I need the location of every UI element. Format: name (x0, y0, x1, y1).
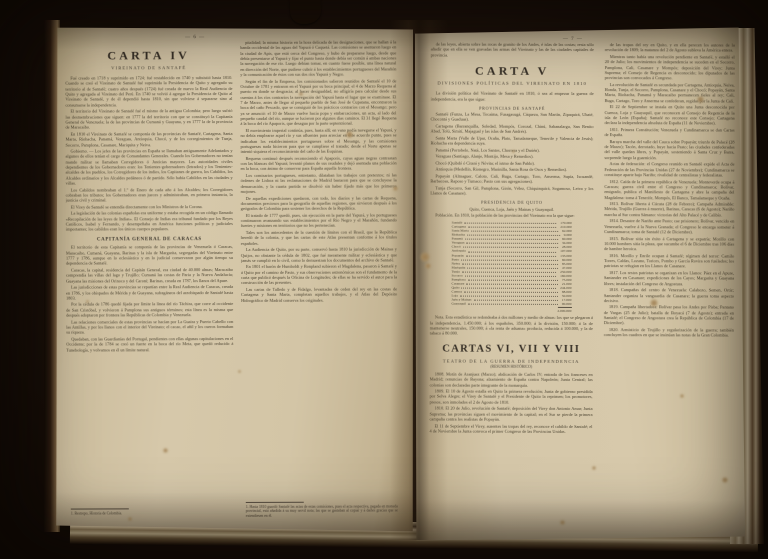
paragraph: Las relaciones comerciales de estas prov… (66, 319, 233, 336)
paragraph: Antioquia (Medellín, Rionegro, Marinilla… (430, 167, 593, 173)
text-block: El territorio de esta Capitanía se compo… (66, 244, 234, 506)
chronology-block: 1808. Motín de Aranjuez (Marzo); abdicac… (429, 371, 593, 530)
cartas-vi-vii-viii-title: CARTAS VI, VII Y VIII (430, 342, 593, 356)
paragraph: De aquellas expediciones quedaron, con t… (241, 195, 397, 212)
paragraph: La legislación de las colonias españolas… (66, 210, 233, 232)
page-number-left: — 6 — (185, 35, 205, 40)
left-page-column-2: pitalidad; la misma historia en la hora … (240, 39, 398, 518)
paragraph: Quedaban, con las Guardianías del Portug… (66, 336, 233, 353)
footnote: 1. Restrepo, Historia de Colombia. (67, 506, 234, 516)
footnote: 1. Hasta 1810 guardó Santafé las actas d… (242, 499, 398, 518)
paragraph: Tunja (Socorro, San Gil, Pamplona, Girón… (430, 185, 593, 196)
capitania-general-heading: CAPITANÍA GENERAL DE CARACAS (66, 237, 233, 243)
paragraph: de las leyes, abierta sobre las rocas de… (431, 41, 594, 58)
paragraph: Gobierno. — Los jefes de las provincias … (66, 148, 233, 186)
paragraph: 1808. Motín de Aranjuez (Marzo); abdicac… (430, 371, 593, 388)
right-page: — 7 — de las leyes, abierta sobre las ro… (413, 26, 747, 541)
paragraph: 1814. Desastre de Nariño ante Pasto; cae… (604, 218, 734, 234)
table-total-row: 2.000.000 (451, 307, 571, 313)
footnote-rule (71, 508, 129, 509)
paragraph: El territorio de esta Capitanía se compo… (66, 244, 233, 266)
paragraph: El 11 de Septiembre el Virey, ausentes l… (429, 423, 592, 434)
paragraph: El tratado de 1777 quedó, pues, sin ejec… (241, 212, 397, 229)
paragraph: Popayán (Almaguer, Caloto, Cali, Buga, C… (430, 173, 593, 184)
footnote-rule (246, 502, 304, 503)
population-table: Santafé170.000Cartagena210.000Santa Mart… (451, 221, 571, 313)
resumen-historico-note: (RESUMEN HISTÓRICO) (430, 364, 593, 369)
paragraph: Tales son los antecedentes de la cuestió… (241, 229, 397, 246)
paragraph: 1812. Caída de la primera república de V… (604, 179, 734, 201)
text-block: Fué creado en 1718 y suprimido en 1724; … (65, 75, 233, 234)
paragraph: 1815. Bolívar sitia sin éxito á Cartagen… (604, 236, 734, 252)
paragraph: Las cartas de Talledo y de Fidalgo, leva… (241, 286, 397, 303)
carta-iv-title: CARTA IV (65, 49, 232, 63)
population-intro: Población. En 1810, la población de las … (430, 213, 593, 219)
paragraph: 1811. Primera Constitución; Venezuela y … (605, 127, 735, 138)
paragraph: Mientras tanto había una revolución pend… (605, 54, 735, 81)
paragraph: Los comisarios portugueses, entretanto, … (241, 172, 397, 194)
paragraph: 1818. Campañas del centro de Venezuela: … (604, 287, 734, 303)
paragraph: El movimiento imperial continúa, pues, h… (240, 127, 396, 154)
paragraph: Según el fin de la Empresa, los comision… (240, 78, 396, 127)
carta-v-intro: La división política del Vireinato de Sa… (431, 91, 594, 102)
paragraph: 1819. Campaña libertadora: Bolívar pasa … (604, 305, 734, 327)
table-row: Guayaquil90.000 (451, 302, 571, 306)
paragraph: Panamá (Portobelo, Natá, Los Santos, Cho… (430, 147, 593, 153)
footnote-text: 1. Restrepo, Historia de Colombia. (71, 511, 234, 516)
paragraph: 1809. El 10 de Agosto estalla en Quito l… (430, 389, 593, 406)
paragraph: La revolución de Santafé es secundada po… (605, 82, 735, 104)
top-notch (289, 0, 321, 25)
text-block: de las leyes, abierta sobre las rocas de… (431, 41, 594, 59)
paragraph: Veraguas (Santiago, Alanje, Montijo, Mes… (430, 154, 593, 160)
right-page-column-1: de las leyes, abierta sobre las rocas de… (429, 41, 594, 530)
paragraph: pitalidad; la misma historia en la hora … (240, 39, 396, 77)
provincias-santafe-heading: PROVINCIAS DE SANTAFÉ (431, 105, 594, 111)
paragraph: Actas de federación: el Congreso reunido… (604, 161, 734, 177)
right-page-column-2: de las tropas del rey en Quito, y en ell… (603, 42, 735, 534)
paragraph: Baraya marcha del valle del Cauca sobre … (604, 139, 734, 161)
paragraph: 1816. Morillo y Enrile ocupan á Santafé;… (604, 253, 734, 269)
left-page-column-1: CARTA IV VIREINATO DE SANTAFÉ Fué creado… (65, 49, 234, 516)
paragraph: 1810. El 20 de Julio, revolución de Sant… (430, 406, 593, 423)
paragraph: 1820. Armisticio de Trujillo y regulariz… (604, 327, 734, 338)
carta-v-subtitle: DIVISIONES POLÍTICAS DEL VIREINATO EN 18… (431, 81, 594, 87)
paragraph: Santafé (Funza, La Mesa, Tocaima, Fusaga… (431, 112, 594, 123)
paragraph: Santa Marta (Valle de Upar, Ocaña, Plato… (430, 135, 593, 146)
province-list: Santafé (Funza, La Mesa, Tocaima, Fusaga… (430, 112, 593, 198)
paragraph: Por la cédula de 1786 quedó fijada por l… (66, 301, 233, 318)
paragraph: Las jurisdicciones de estas provincias s… (66, 284, 233, 301)
presidencia-quito-heading: PRESIDENCIA DE QUITO (430, 200, 593, 206)
paragraph: 1817. Los restos patriotas se organizan … (604, 270, 734, 286)
paragraph: El territorio del Vireinato de Santafé f… (65, 108, 232, 130)
paragraph: En 1810 el Vireinato de Santafé se compo… (65, 131, 232, 148)
paragraph: Cartagena (Barranquilla, Soledad, Mompós… (431, 123, 594, 134)
paragraph: Chocó (Quibdó ó Citará y Nóvita; el istm… (430, 160, 593, 166)
footnote-text: 1. Hasta 1810 guardó Santafé las actas d… (246, 504, 398, 518)
chronology-block: de las tropas del rey en Quito, y en ell… (603, 42, 735, 534)
paragraph: El 22 de Septiembre se instala en Quito … (605, 104, 735, 126)
text-block: pitalidad; la misma historia en la hora … (240, 39, 398, 499)
carta-v-title: CARTA V (431, 65, 594, 79)
teatro-guerra-subtitle: TEATRO DE LA GUERRA DE INDEPENDENCIA (430, 358, 593, 364)
book-photo: — 6 — CARTA IV VIREINATO DE SANTAFÉ Fué … (0, 0, 768, 559)
paragraph: Caracas, la capital, residencia del Capi… (66, 267, 233, 284)
paragraph: Los Cabildos nombraban el 1.º de Enero d… (66, 187, 233, 204)
left-page: — 6 — CARTA IV VIREINATO DE SANTAFÉ Fué … (53, 23, 415, 532)
paragraph: La Audiencia de Quito, por su parte, con… (241, 247, 397, 264)
paragraph: Requena continuó después reconociendo el… (241, 155, 397, 172)
paragraph: Fué creado en 1718 y suprimido en 1724; … (65, 75, 232, 108)
nota-paragraph: Nota. Esta estadística se redondeaba á d… (430, 315, 593, 337)
paragraph: de las tropas del rey en Quito, y en ell… (605, 42, 735, 53)
paragraph: 1813. Bolívar liberta á Cúcuta (28 de Fe… (604, 201, 734, 217)
paragraph: El Virey de Santafé se entendía directam… (66, 204, 233, 210)
quito-provinces-line: Quito, Cuenca, Loja, Jaén y Mainas y Gua… (430, 206, 593, 212)
paragraph: En 1801 el barón de Humboldt y Bonpland … (241, 264, 397, 286)
carta-iv-subtitle: VIREINATO DE SANTAFÉ (65, 65, 232, 71)
